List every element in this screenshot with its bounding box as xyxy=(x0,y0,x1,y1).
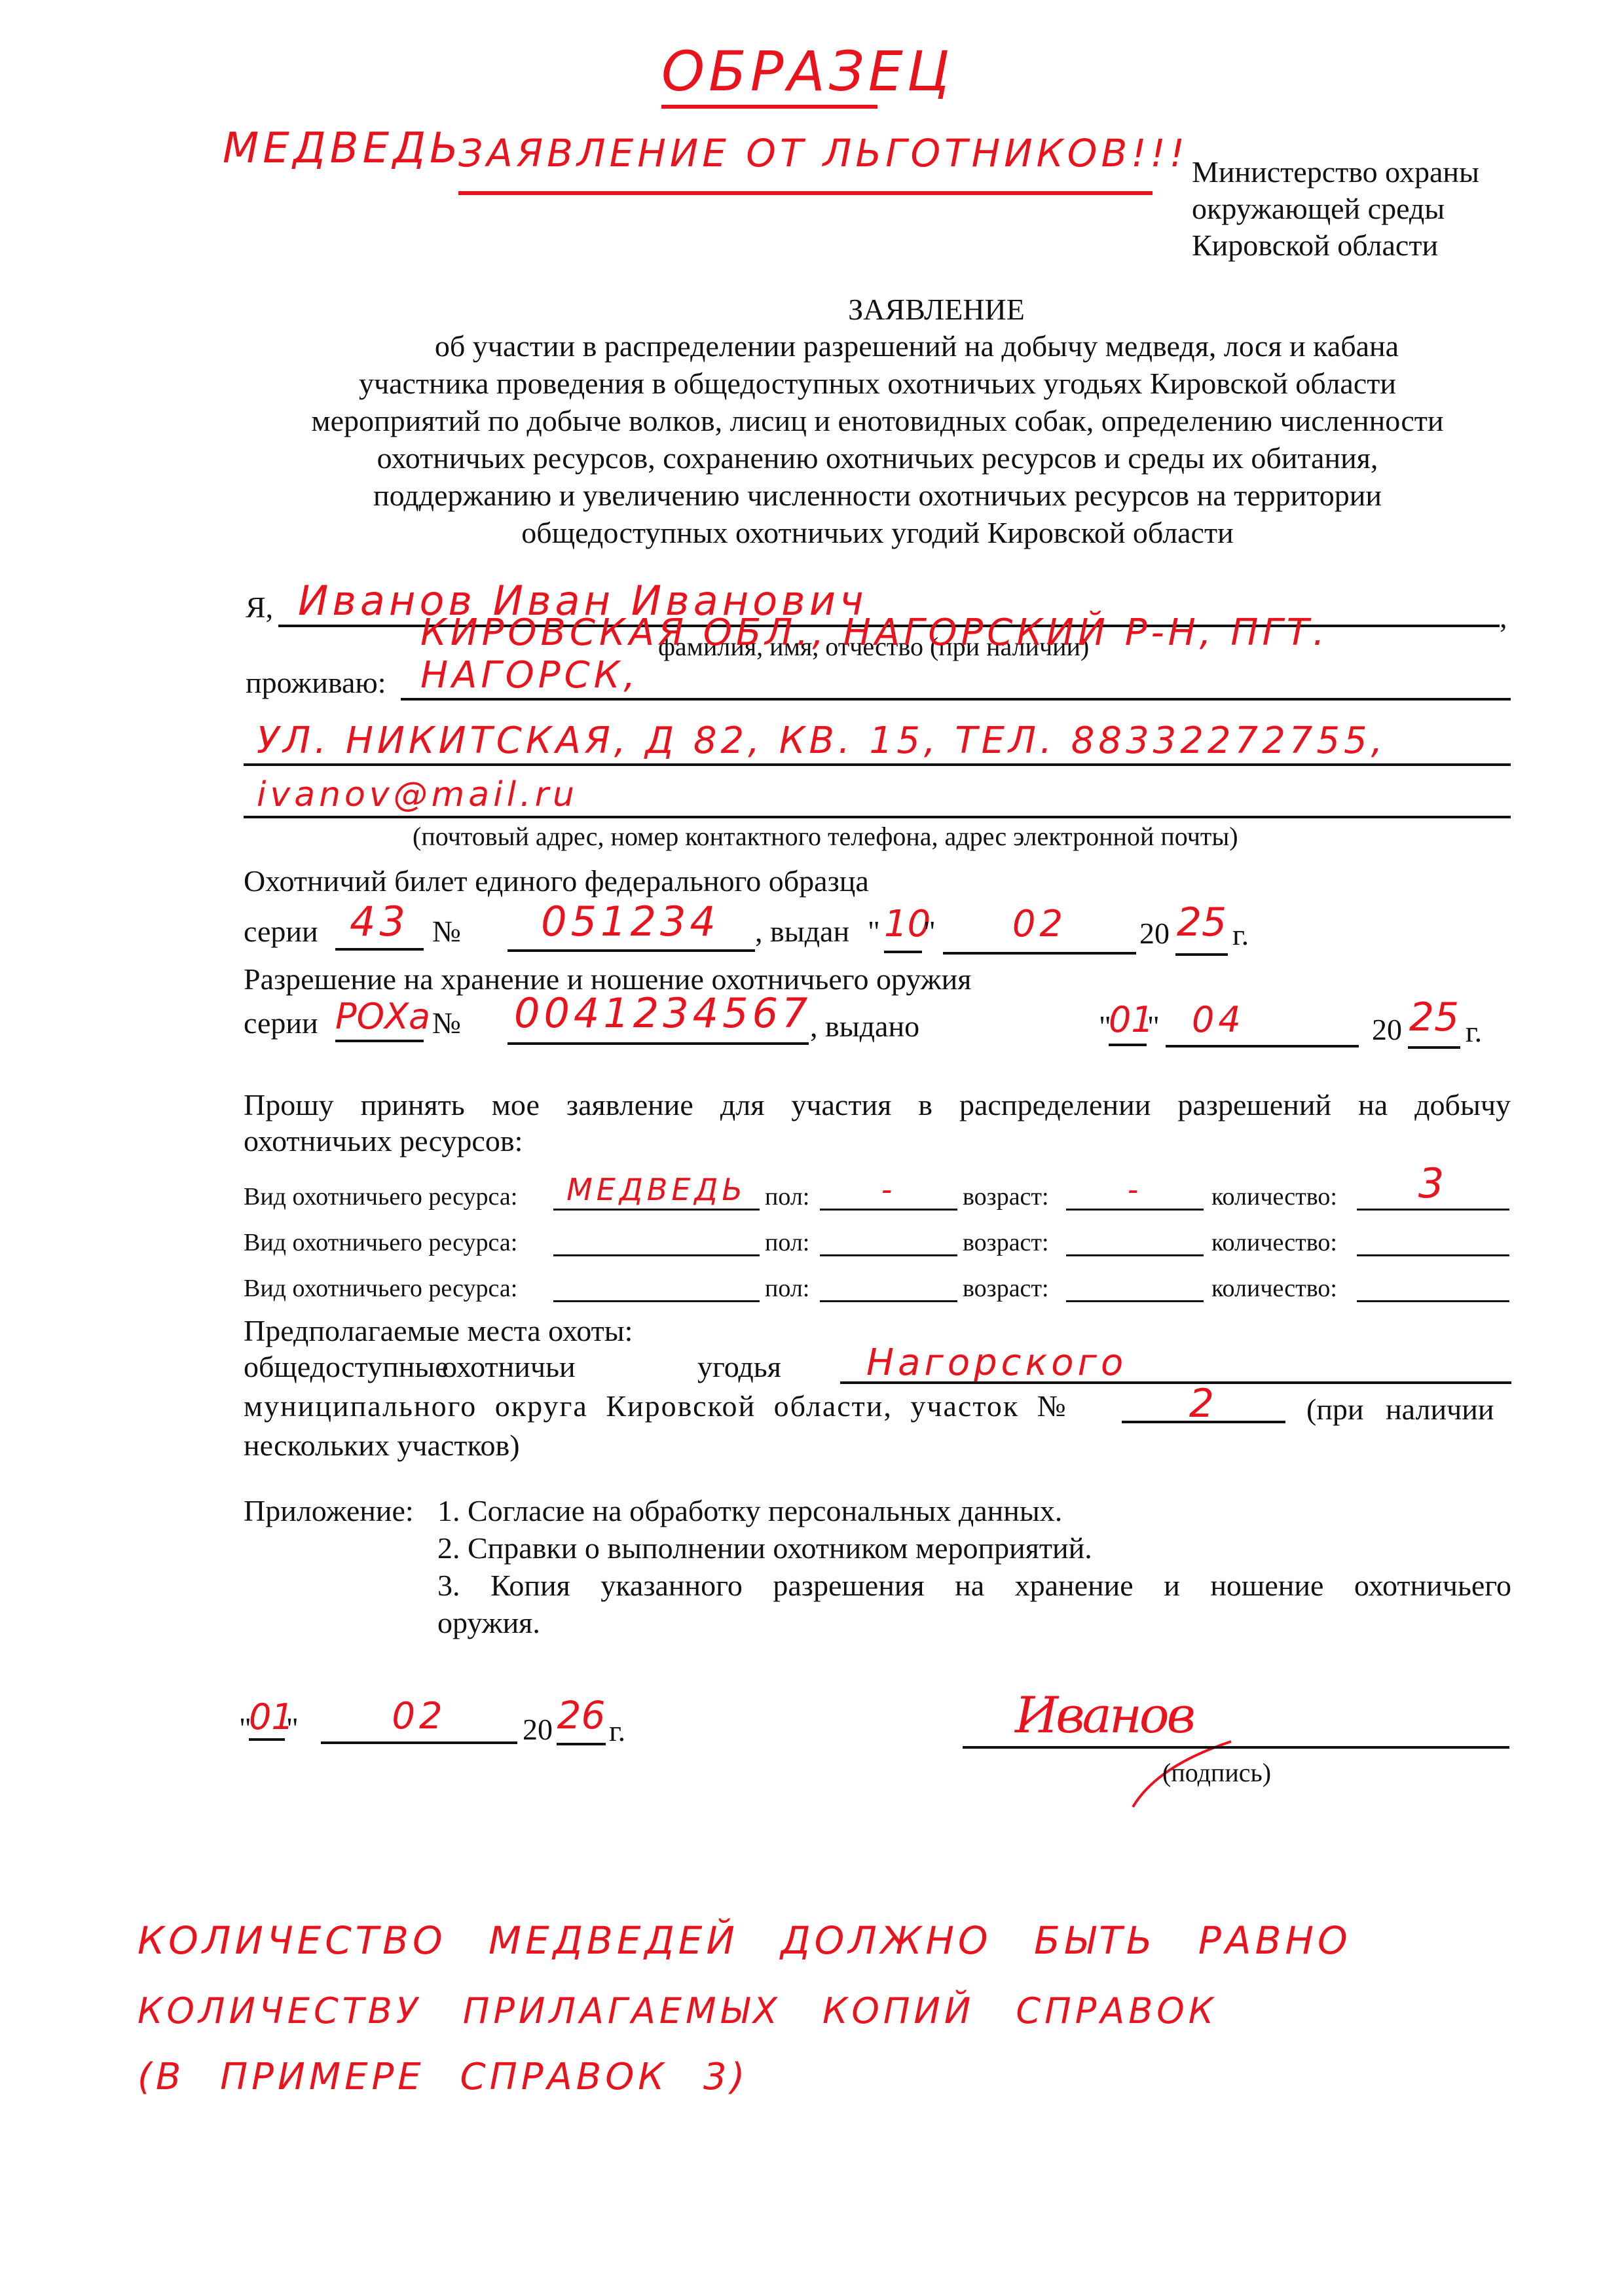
attachment-item: 2. Справки о выполнении охотником меропр… xyxy=(437,1530,1092,1567)
ticket-month-value: 02 xyxy=(943,903,1136,945)
subtitle-line: общедоступных охотничьих угодий Кировско… xyxy=(236,514,1519,551)
address-value-3: ivanov@mail.ru xyxy=(244,775,1511,814)
subtitle-line: мероприятий по добыче волков, лисиц и ен… xyxy=(236,402,1519,439)
address-line-3[interactable]: ivanov@mail.ru xyxy=(244,766,1511,818)
permit-series-value: РОХа xyxy=(335,996,424,1037)
sign-day-value: 01 xyxy=(249,1696,285,1738)
ticket-year-field[interactable]: 25 xyxy=(1175,890,1228,949)
top-note-underline xyxy=(458,191,1153,195)
name-prefix: Я, xyxy=(246,589,273,626)
addressee: Министерство охраны окружающей среды Кир… xyxy=(1192,154,1479,264)
sign-day-field[interactable]: 01 xyxy=(249,1696,285,1741)
top-note-species: Медведь xyxy=(223,124,462,173)
document-subtitle: об участии в распределении разрешений на… xyxy=(236,327,1519,551)
address-value-2: ул. Никитская, д 82, кв. 15, тел. 883322… xyxy=(244,720,1511,762)
addressee-line: окружающей среды xyxy=(1192,191,1479,227)
permit-month-field[interactable]: 04 xyxy=(1166,985,1359,1044)
age-line xyxy=(1066,1300,1204,1302)
species-label: Вид охотничьего ресурса: xyxy=(244,1270,517,1307)
permit-number-field[interactable]: 0041234567 xyxy=(507,982,809,1041)
age-label: возраст: xyxy=(963,1270,1049,1307)
ticket-day-value: 10 xyxy=(884,903,922,945)
species-label: Вид охотничьего ресурса: xyxy=(244,1224,517,1261)
sign-year-prefix: 20 xyxy=(523,1711,553,1748)
top-note-text: заявление от льготников!!! xyxy=(458,131,1189,175)
attachment-item: 1. Согласие на обработку персональных да… xyxy=(437,1493,1062,1529)
request-text-2: охотничьих ресурсов: xyxy=(244,1123,523,1159)
ticket-year-line xyxy=(1175,953,1228,956)
signature-line xyxy=(963,1746,1509,1749)
ticket-issued-label: , выдан xyxy=(755,913,849,950)
sample-mark: Образец xyxy=(661,39,953,103)
ticket-year-unit: г. xyxy=(1232,917,1249,953)
ticket-series-line xyxy=(335,948,424,951)
places-line2: муниципального округа Кировской области,… xyxy=(244,1388,1067,1425)
sex-field[interactable] xyxy=(820,1244,957,1303)
quote: " xyxy=(868,913,880,950)
plot-number-line xyxy=(1122,1421,1285,1423)
ticket-number-label: № xyxy=(432,913,461,950)
addressee-line: Министерство охраны xyxy=(1192,154,1479,191)
ticket-number-field[interactable]: 051234 xyxy=(507,890,753,949)
plot-number-value: 2 xyxy=(1122,1381,1285,1427)
bottom-note-line: (в примере справок 3) xyxy=(138,2056,748,2098)
permit-year-value: 25 xyxy=(1408,994,1460,1040)
sign-year-line xyxy=(557,1743,606,1745)
ticket-series-label: серии xyxy=(244,913,318,950)
permit-year-unit: г. xyxy=(1466,1013,1482,1050)
age-label: возраст: xyxy=(963,1178,1049,1215)
sex-line xyxy=(820,1300,957,1302)
address-value-1: Кировская обл., Нагорский р-н, пгт. Наго… xyxy=(401,611,1507,697)
bottom-note-line: Количество медведей должно быть равно xyxy=(138,1918,1352,1963)
subtitle-line: участника проведения в общедоступных охо… xyxy=(236,365,1519,402)
ticket-month-field[interactable]: 02 xyxy=(943,890,1136,949)
quantity-line xyxy=(1357,1300,1509,1302)
permit-series-field[interactable]: РОХа xyxy=(335,982,424,1041)
ticket-day-line xyxy=(884,951,922,953)
permit-series-label: серии xyxy=(244,1005,318,1042)
quantity-label: количество: xyxy=(1211,1224,1337,1261)
sex-label: пол: xyxy=(765,1178,809,1215)
subtitle-line: об участии в распределении разрешений на… xyxy=(236,327,1519,365)
permit-day-line xyxy=(1109,1044,1147,1046)
ticket-number-line xyxy=(507,949,755,952)
sign-year-field[interactable]: 26 xyxy=(557,1696,606,1741)
ticket-year-prefix: 20 xyxy=(1139,915,1170,952)
document-title: ЗАЯВЛЕНИЕ xyxy=(0,291,1624,328)
quantity-label: количество: xyxy=(1211,1270,1337,1307)
permit-series-line xyxy=(335,1040,424,1042)
age-label: возраст: xyxy=(963,1224,1049,1261)
subtitle-line: поддержанию и увеличению численности охо… xyxy=(236,477,1519,514)
places-line2-tail: (при наличии xyxy=(1306,1391,1494,1428)
address-label: проживаю: xyxy=(246,665,386,701)
sign-year-unit: г. xyxy=(609,1713,625,1749)
quote: " xyxy=(286,1710,299,1747)
permit-year-prefix: 20 xyxy=(1372,1011,1402,1048)
subtitle-line: охотничьих ресурсов, сохранению охотничь… xyxy=(236,439,1519,477)
permit-number-line xyxy=(507,1042,809,1045)
species-label: Вид охотничьего ресурса: xyxy=(244,1178,517,1215)
sign-month-line xyxy=(321,1741,517,1744)
permit-issued-label: , выдано xyxy=(810,1008,919,1045)
quantity-label: количество: xyxy=(1211,1178,1337,1215)
sign-month-value: 02 xyxy=(321,1695,517,1738)
places-word: угодья xyxy=(697,1349,781,1385)
species-line xyxy=(553,1300,760,1302)
places-line3: нескольких участков) xyxy=(244,1427,520,1464)
species-field[interactable] xyxy=(553,1244,760,1303)
attachments-label: Приложение: xyxy=(244,1493,414,1529)
ticket-number-value: 051234 xyxy=(507,898,753,945)
address-line-2[interactable]: ул. Никитская, д 82, кв. 15, тел. 883322… xyxy=(244,707,1511,766)
signature-caption: (подпись) xyxy=(1162,1755,1271,1791)
bottom-note-line: количеству прилагаемых копий справок xyxy=(138,1990,1217,2032)
ticket-series-field[interactable]: 43 xyxy=(335,890,424,949)
addressee-line: Кировской области xyxy=(1192,227,1479,264)
ticket-day-field[interactable]: 10 xyxy=(884,890,922,949)
permit-year-field[interactable]: 25 xyxy=(1408,985,1460,1044)
permit-day-field[interactable]: 01 xyxy=(1109,985,1147,1044)
sign-day-line xyxy=(249,1738,285,1741)
attachment-item: 3. Копия указанного разрешения на хранен… xyxy=(437,1567,1511,1604)
permit-number-label: № xyxy=(432,1005,461,1042)
request-text: Прошу принять мое заявление для участия … xyxy=(244,1087,1511,1123)
age-field[interactable] xyxy=(1066,1244,1204,1303)
sex-label: пол: xyxy=(765,1270,809,1307)
hunting-places-heading: Предполагаемые места охоты: xyxy=(244,1313,633,1349)
sign-month-field[interactable]: 02 xyxy=(321,1696,517,1741)
places-word: охотничьи xyxy=(442,1349,576,1385)
permit-month-line xyxy=(1166,1045,1359,1048)
quantity-field[interactable] xyxy=(1357,1244,1509,1303)
attachment-item: оружия. xyxy=(437,1605,540,1641)
sex-label: пол: xyxy=(765,1224,809,1261)
address-line-1[interactable]: Кировская обл., Нагорский р-н, пгт. Наго… xyxy=(401,648,1507,701)
permit-day-value: 01 xyxy=(1109,999,1147,1040)
permit-number-value: 0041234567 xyxy=(507,989,809,1037)
address-underline-1 xyxy=(401,698,1511,701)
ticket-year-value: 25 xyxy=(1175,900,1228,945)
quote: " xyxy=(1147,1008,1160,1045)
sign-year-value: 26 xyxy=(557,1693,606,1738)
quote: " xyxy=(923,913,936,950)
places-word: общедоступные xyxy=(244,1349,449,1385)
permit-month-value: 04 xyxy=(1166,999,1359,1040)
ticket-month-line xyxy=(943,952,1136,955)
sample-mark-underline xyxy=(661,105,877,109)
ticket-series-value: 43 xyxy=(335,898,424,945)
address-caption: (почтовый адрес, номер контактного телеф… xyxy=(413,818,1238,855)
permit-year-line xyxy=(1408,1046,1460,1049)
